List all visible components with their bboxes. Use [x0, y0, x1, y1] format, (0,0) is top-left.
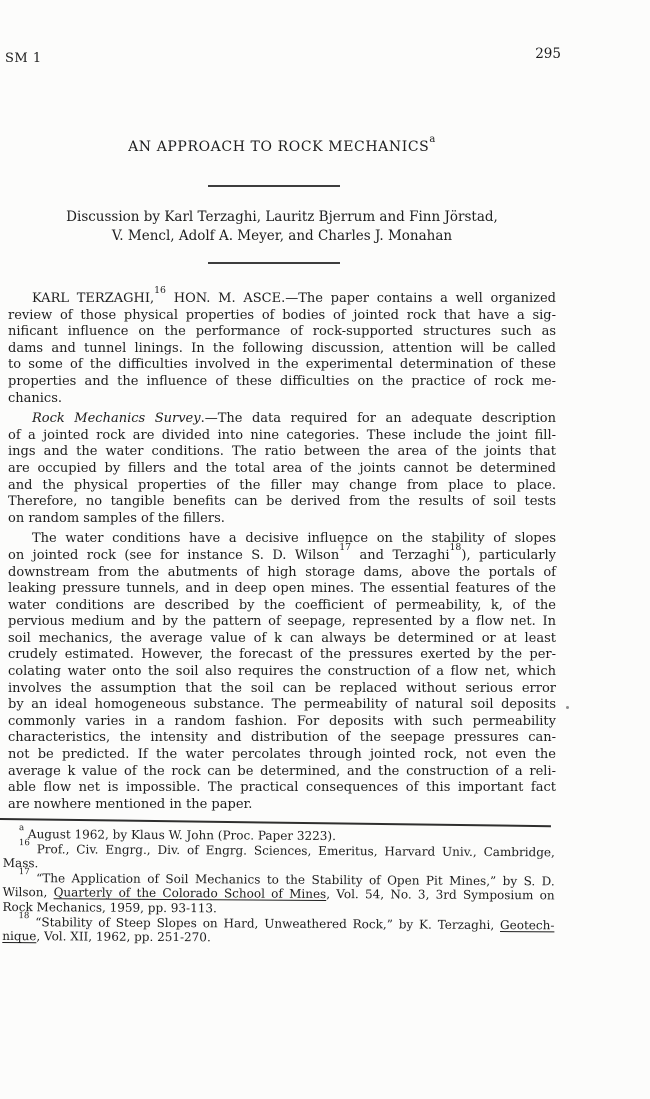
paragraph: 17 “The Application of Soil Mechanics to… — [2, 871, 554, 918]
text-segment: on jointed rock (see for instance S. D. … — [8, 548, 339, 563]
text-line: properties and the influence of these di… — [8, 374, 556, 391]
text-segment: leaking pressure tunnels, and in deep op… — [8, 581, 556, 596]
text-line: pervious medium and by the pattern of se… — [8, 614, 556, 631]
footnotes-section: a August 1962, by Klaus W. John (Proc. P… — [2, 827, 555, 947]
text-line: downstream from the abutments of high st… — [8, 565, 556, 582]
text-segment: of a jointed rock are divided into nine … — [8, 428, 556, 443]
text-line: water conditions are described by the co… — [8, 598, 556, 615]
divider-rule-bottom — [208, 262, 340, 264]
text-segment: and Terzaghi — [351, 548, 449, 563]
text-line: dams and tunnel linings. In the followin… — [8, 341, 556, 358]
text-line: are nowhere mentioned in the paper. — [8, 797, 556, 814]
text-line: involves the assumption that the soil ca… — [8, 681, 556, 698]
footnote-reference: 17 — [19, 867, 30, 877]
text-segment: characteristics, the intensity and distr… — [8, 730, 556, 745]
paper-title-text: AN APPROACH TO ROCK MECHANICS — [128, 139, 429, 155]
text-segment: pervious medium and by the pattern of se… — [8, 614, 556, 629]
text-segment: , Vol. 54, No. 3, 3rd Symposium on — [326, 887, 554, 902]
text-line: of a jointed rock are divided into nine … — [8, 428, 556, 445]
text-segment: downstream from the abutments of high st… — [8, 565, 556, 580]
text-segment: are occupied by fillers and the total ar… — [8, 461, 556, 476]
text-segment: KARL TERZAGHI, — [32, 291, 154, 306]
divider-rule-top — [208, 185, 340, 187]
text-segment: ), particularly — [461, 548, 556, 563]
text-segment: crudely estimated. However, the forecast… — [8, 647, 556, 662]
paragraph: 18 “Stability of Steep Slopes on Hard, U… — [2, 915, 554, 948]
text-line: colating water onto the soil also requir… — [8, 664, 556, 681]
text-line: The water conditions have a decisive inf… — [8, 531, 556, 548]
text-segment: ings and the water conditions. The ratio… — [8, 444, 556, 459]
footnote-reference: a — [19, 823, 24, 833]
text-segment: and the physical properties of the fille… — [8, 478, 556, 493]
byline-line-1: Discussion by Karl Terzaghi, Lauritz Bje… — [8, 208, 556, 227]
text-line: Therefore, no tangible benefits can be d… — [8, 494, 556, 511]
text-segment: nique — [2, 929, 36, 943]
text-segment: Prof., Civ. Engrg., Div. of Engrg. Scien… — [30, 842, 555, 859]
text-line: not be predicted. If the water percolate… — [8, 747, 556, 764]
text-segment: involves the assumption that the soil ca… — [8, 681, 556, 696]
text-line: chanics. — [8, 391, 556, 408]
text-line: soil mechanics, the average value of k c… — [8, 631, 556, 648]
text-segment: Therefore, no tangible benefits can be d… — [8, 494, 556, 509]
text-line: review of those physical properties of b… — [8, 308, 556, 325]
text-segment: nificant influence on the performance of… — [8, 324, 556, 339]
byline-line-2: V. Mencl, Adolf A. Meyer, and Charles J.… — [8, 227, 556, 246]
footnote-separator-rule — [0, 818, 551, 828]
paragraph: 16 Prof., Civ. Engrg., Div. of Engrg. Sc… — [3, 842, 555, 875]
text-segment: Geotech- — [500, 918, 554, 932]
paragraph: Rock Mechanics Survey.—The data required… — [8, 411, 556, 527]
journal-page: SM 1 295 AN APPROACH TO ROCK MECHANICSa … — [0, 0, 650, 1099]
text-segment: , Vol. XII, 1962, pp. 251-270. — [36, 929, 210, 944]
discussion-body: KARL TERZAGHI,16 HON. M. ASCE.—The paper… — [8, 291, 556, 813]
text-line: by an ideal homogeneous substance. The p… — [8, 697, 556, 714]
byline: Discussion by Karl Terzaghi, Lauritz Bje… — [8, 208, 556, 246]
text-segment: not be predicted. If the water percolate… — [8, 747, 556, 762]
paper-title: AN APPROACH TO ROCK MECHANICSa — [8, 139, 556, 155]
text-segment: Rock Mechanics, 1959, pp. 93-113. — [2, 900, 216, 915]
footnote-reference: 16 — [19, 838, 30, 848]
text-segment: to some of the difficulties involved in … — [8, 357, 556, 372]
text-segment: The water conditions have a decisive inf… — [32, 531, 556, 546]
text-line: average k value of the rock can be deter… — [8, 764, 556, 781]
text-line: characteristics, the intensity and distr… — [8, 730, 556, 747]
text-segment: August 1962, by Klaus W. John (Proc. Pap… — [24, 827, 336, 843]
text-line: able flow net is impossible. The practic… — [8, 780, 556, 797]
text-segment: chanics. — [8, 391, 62, 406]
text-segment: HON. M. ASCE.—The paper contains a well … — [166, 291, 556, 306]
text-line: KARL TERZAGHI,16 HON. M. ASCE.—The paper… — [8, 291, 556, 308]
text-line: leaking pressure tunnels, and in deep op… — [8, 581, 556, 598]
text-line: are occupied by fillers and the total ar… — [8, 461, 556, 478]
text-segment: Quarterly of the Colorado School of Mine… — [54, 886, 327, 902]
scan-artifact-dot — [566, 706, 569, 709]
text-segment: .—The data required for an adequate desc… — [201, 411, 556, 426]
text-segment: on random samples of the fillers. — [8, 511, 225, 526]
text-segment: properties and the influence of these di… — [8, 374, 556, 389]
text-line: ings and the water conditions. The ratio… — [8, 444, 556, 461]
footnote-reference: 18 — [449, 542, 461, 553]
footnote-reference: 17 — [339, 542, 351, 553]
title-footnote-marker: a — [429, 134, 436, 145]
paragraph: The water conditions have a decisive inf… — [8, 531, 556, 813]
text-segment: soil mechanics, the average value of k c… — [8, 631, 556, 646]
text-segment: colating water onto the soil also requir… — [8, 664, 556, 679]
running-head-page-number: 295 — [527, 46, 561, 62]
paragraph: KARL TERZAGHI,16 HON. M. ASCE.—The paper… — [8, 291, 556, 407]
text-line: commonly varies in a random fashion. For… — [8, 714, 556, 731]
text-line: crudely estimated. However, the forecast… — [8, 647, 556, 664]
text-line: Rock Mechanics Survey.—The data required… — [8, 411, 556, 428]
footnote-reference: 18 — [18, 911, 29, 921]
text-line: and the physical properties of the fille… — [8, 478, 556, 495]
text-segment: are nowhere mentioned in the paper. — [8, 797, 252, 812]
text-segment: review of those physical properties of b… — [8, 308, 556, 323]
text-segment: Rock Mechanics Survey — [32, 411, 201, 426]
text-segment: by an ideal homogeneous substance. The p… — [8, 697, 556, 712]
text-line: to some of the difficulties involved in … — [8, 357, 556, 374]
text-segment: Wilson, — [3, 885, 54, 899]
running-head-issue-code: SM 1 — [5, 51, 42, 66]
text-segment: commonly varies in a random fashion. For… — [8, 714, 556, 729]
text-line: on random samples of the fillers. — [8, 511, 556, 528]
text-segment: dams and tunnel linings. In the followin… — [8, 341, 556, 356]
text-line: on jointed rock (see for instance S. D. … — [8, 548, 556, 565]
text-segment: average k value of the rock can be deter… — [8, 764, 556, 779]
footnote-reference: 16 — [154, 285, 166, 296]
text-line: nificant influence on the performance of… — [8, 324, 556, 341]
text-segment: water conditions are described by the co… — [8, 598, 556, 613]
text-segment: able flow net is impossible. The practic… — [8, 780, 556, 795]
